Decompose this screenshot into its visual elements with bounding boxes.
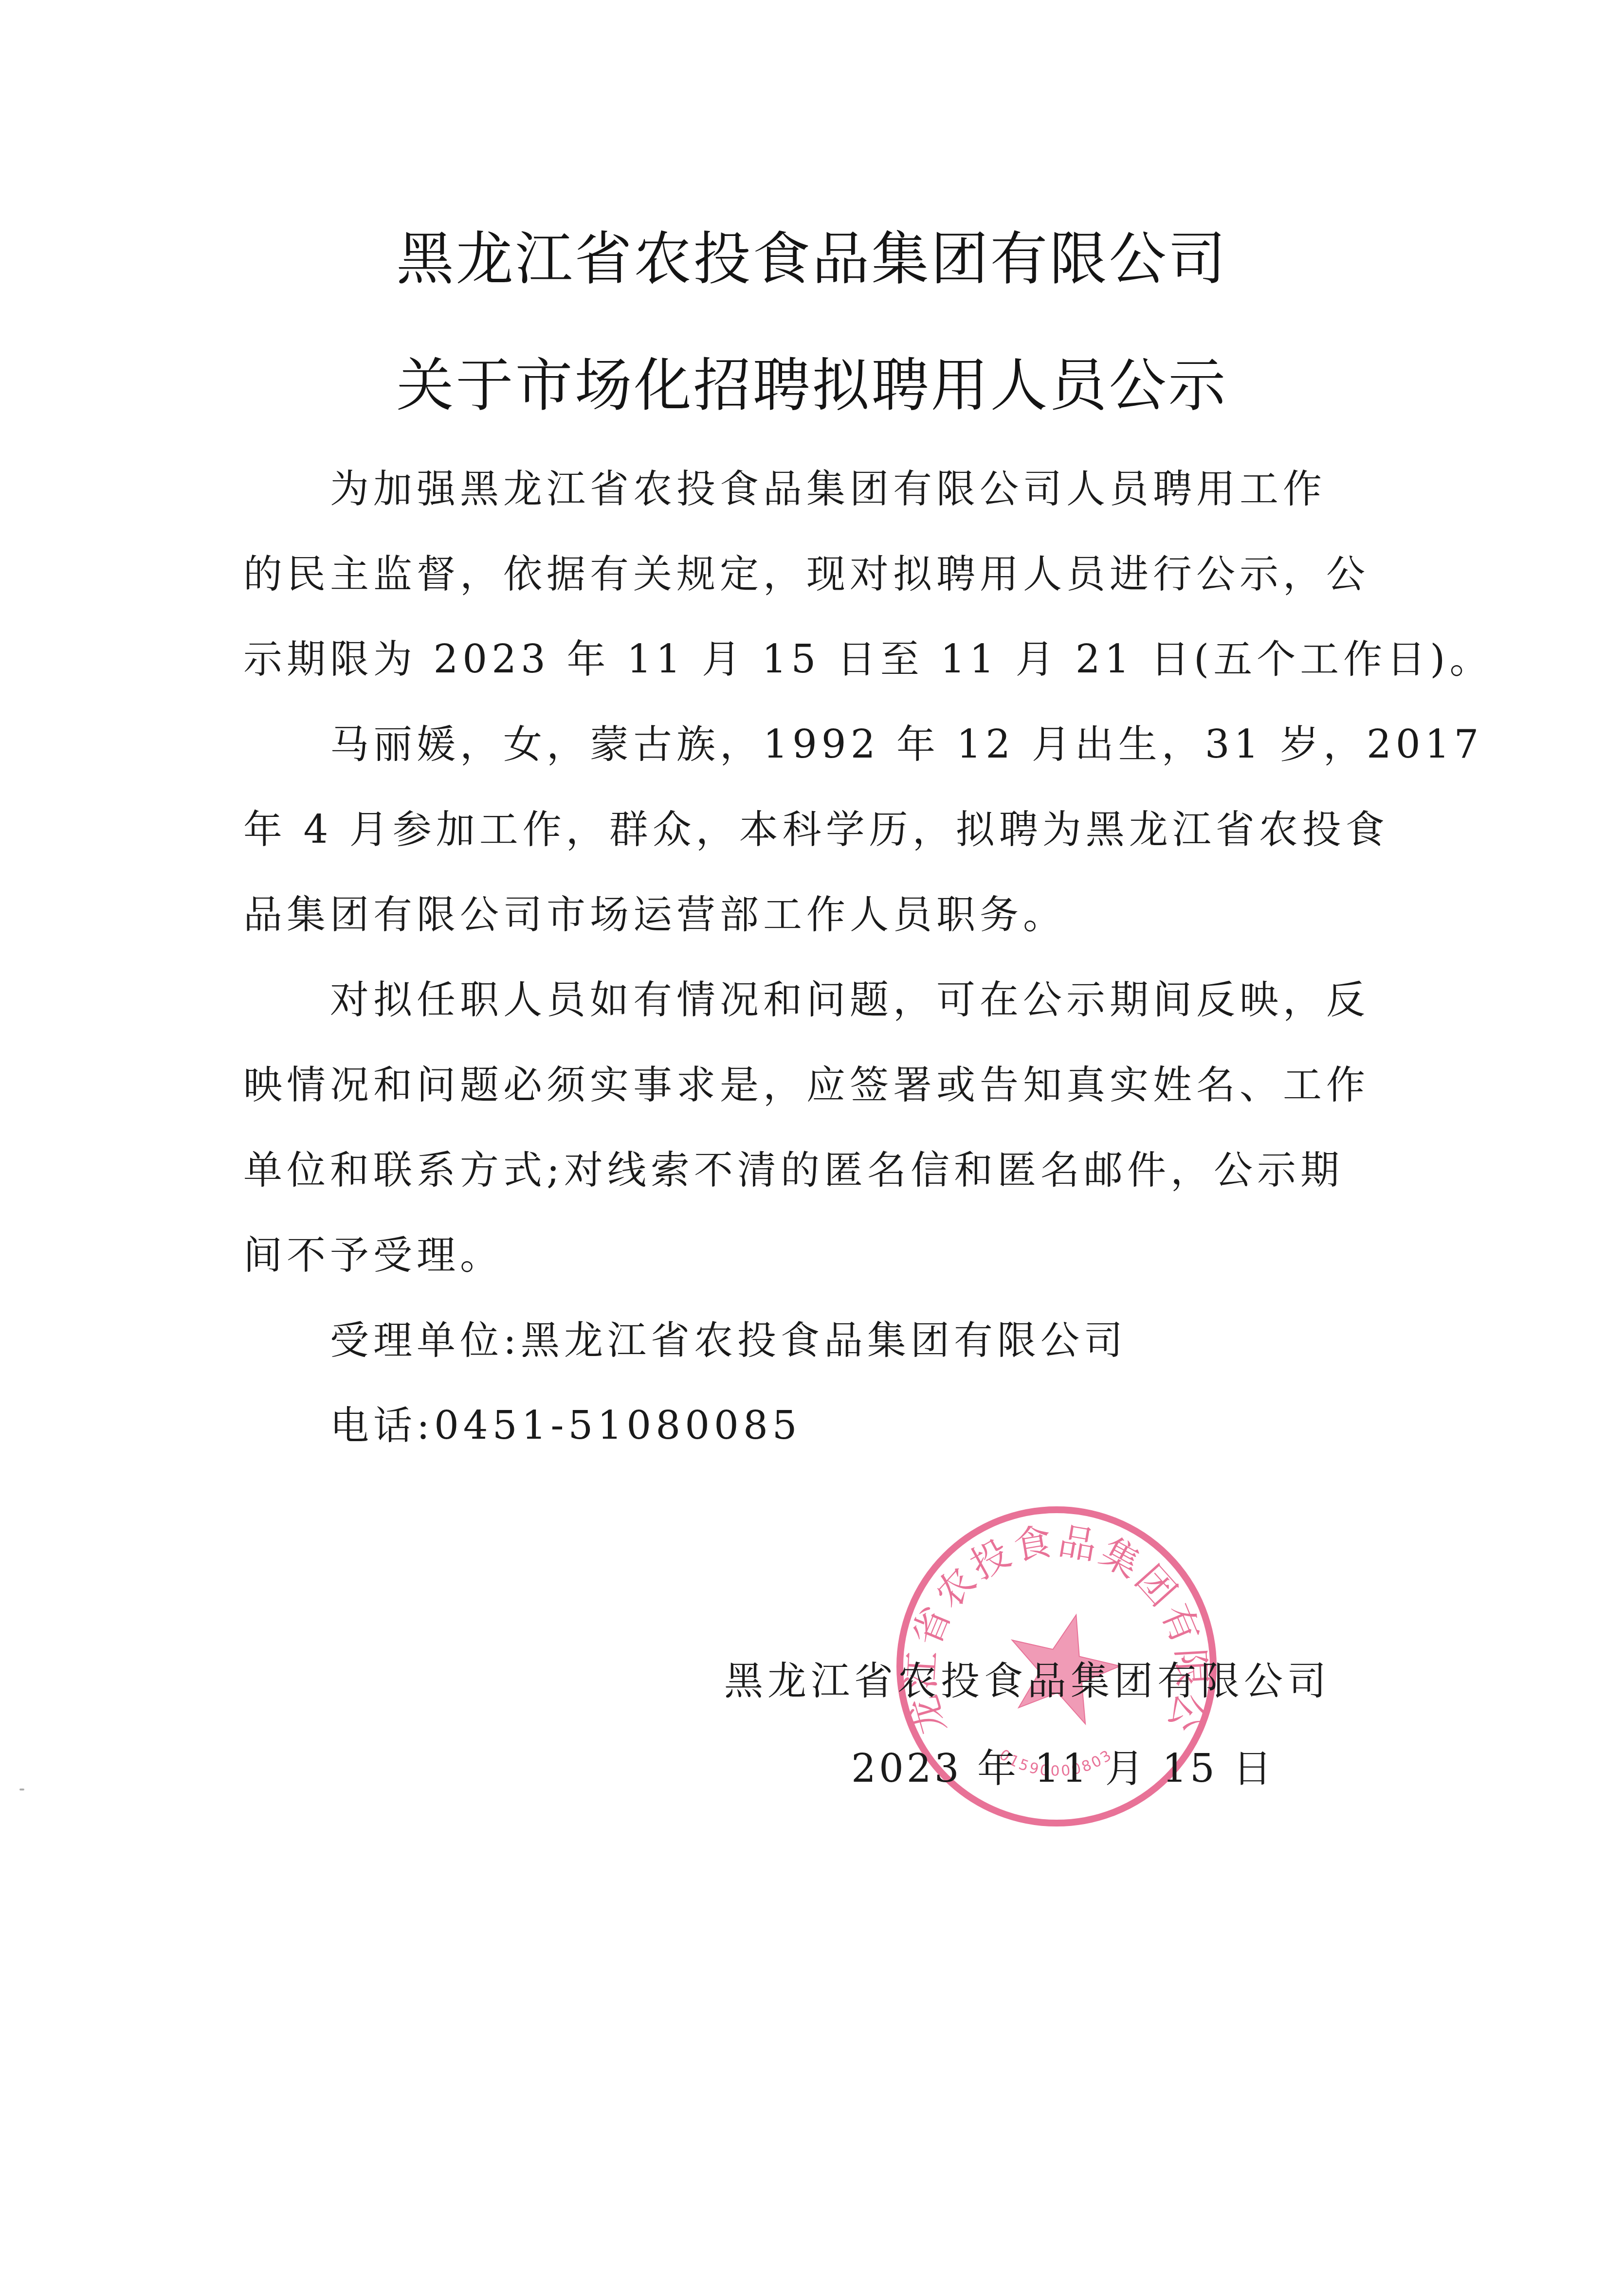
receiving-unit: 受理单位:黑龙江省农投食品集团有限公司 — [330, 1316, 1127, 1365]
paragraph-2-line-1: 马丽媛，女，蒙古族，1992 年 12 月出生，31 岁，2017 — [330, 720, 1483, 769]
scan-artifact — [19, 1789, 24, 1790]
paragraph-2-line-2: 年 4 月参加工作，群众，本科学历，拟聘为黑龙江省农投食 — [243, 805, 1389, 854]
paragraph-3-line-1: 对拟任职人员如有情况和问题，可在公示期间反映，反 — [330, 976, 1369, 1024]
signature-organization: 黑龙江省农投食品集团有限公司 — [724, 1657, 1331, 1705]
paragraph-2-line-3: 品集团有限公司市场运营部工作人员职务。 — [243, 890, 1066, 939]
paragraph-3-line-2: 映情况和问题必须实事求是，应签署或告知真实姓名、工作 — [243, 1061, 1369, 1109]
phone-number: 电话:0451-51080085 — [330, 1401, 802, 1450]
paragraph-1-line-3: 示期限为 2023 年 11 月 15 日至 11 月 21 日(五个工作日)。 — [243, 635, 1493, 684]
document-page: 黑龙江省农投食品集团有限公司 关于市场化招聘拟聘用人员公示 为加强黑龙江省农投食… — [0, 0, 1624, 2296]
paragraph-1-line-1: 为加强黑龙江省农投食品集团有限公司人员聘用工作 — [330, 465, 1326, 513]
paragraph-3-line-3: 单位和联系方式;对线索不清的匿名信和匿名邮件，公示期 — [243, 1146, 1344, 1194]
title-line-1: 黑龙江省农投食品集团有限公司 — [0, 225, 1624, 293]
signature-date: 2023 年 11 月 15 日 — [851, 1744, 1275, 1793]
paragraph-1-line-2: 的民主监督，依据有关规定，现对拟聘用人员进行公示，公 — [243, 550, 1369, 598]
paragraph-3-line-4: 间不予受理。 — [243, 1231, 503, 1280]
title-line-2: 关于市场化招聘拟聘用人员公示 — [0, 351, 1624, 419]
